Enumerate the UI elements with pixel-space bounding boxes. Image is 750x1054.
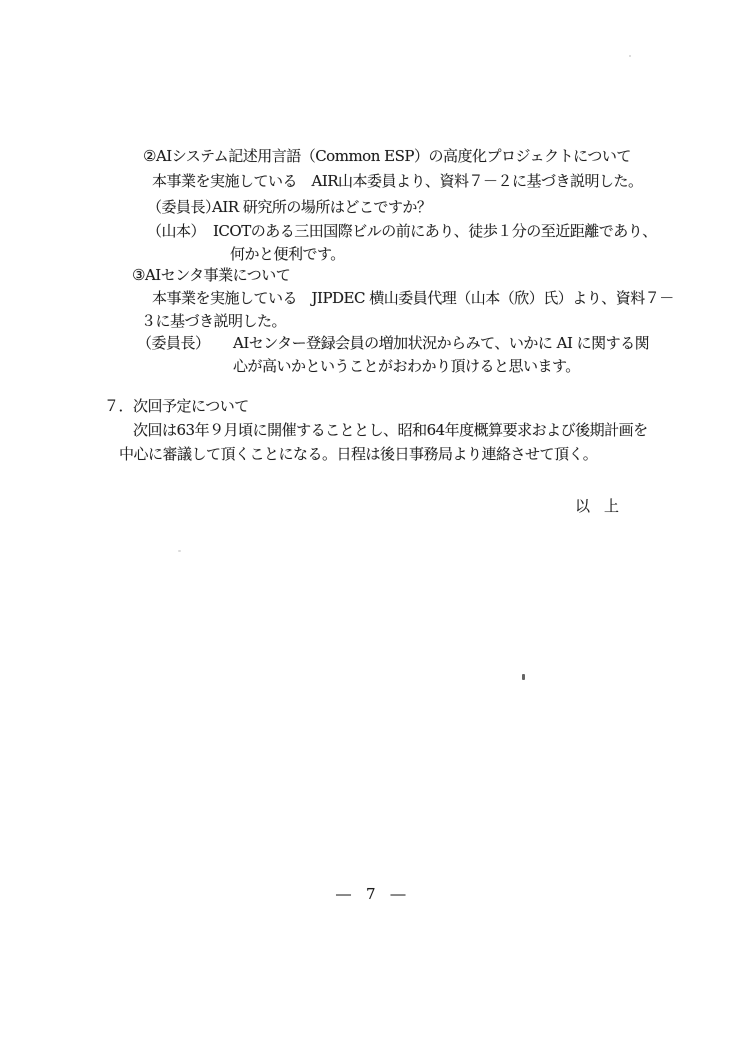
item3-question-continuation: 心が高いかということがおわかり頂けると思います。 [233, 357, 580, 375]
item3-body-line1: 本事業を実施している JIPDEC 横山委員代理（山本（欣）氏）より、資料７－ [152, 289, 674, 307]
section7-heading: ７．次回予定について [104, 397, 249, 415]
item2-heading: ②AIシステム記述用言語（Common ESP）の高度化プロジェクトについて [143, 147, 631, 165]
item2-answer-continuation: 何かと便利です。 [230, 245, 345, 263]
section7-body-line1: 次回は63年９月頃に開催することとし、昭和64年度概算要求および後期計画を [133, 421, 648, 439]
section7-body-line2: 中心に審議して頂くことになる。日程は後日事務局より連絡させて頂く。 [119, 445, 597, 463]
closing-mark: 以 上 [575, 497, 619, 515]
item2-body: 本事業を実施している AIR山本委員より、資料７－２に基づき説明した。 [152, 172, 643, 190]
page-number: ― 7 ― [336, 885, 406, 903]
item2-answer-speaker: （山本） [147, 222, 205, 240]
item2-answer-text: ICOTのある三田国際ビルの前にあり、徒歩１分の至近距離であり、 [213, 222, 657, 240]
scan-speck [522, 674, 525, 680]
item3-heading: ③AIセンタ事業について [132, 266, 290, 284]
scan-speck [178, 550, 181, 552]
scan-speck [629, 55, 631, 57]
item3-question-speaker: （委員長） [137, 334, 210, 352]
item3-body-line2: ３に基づき説明した。 [141, 312, 286, 330]
item2-question-speaker: （委員長） [147, 198, 220, 216]
item2-question-text: AIR 研究所の場所はどこですか？ [212, 198, 431, 216]
item3-question-text: AIセンター登録会員の増加状況からみて、いかに AI に関する関 [233, 334, 649, 352]
scanned-document-page: ②AIシステム記述用言語（Common ESP）の高度化プロジェクトについて 本… [0, 0, 750, 1054]
